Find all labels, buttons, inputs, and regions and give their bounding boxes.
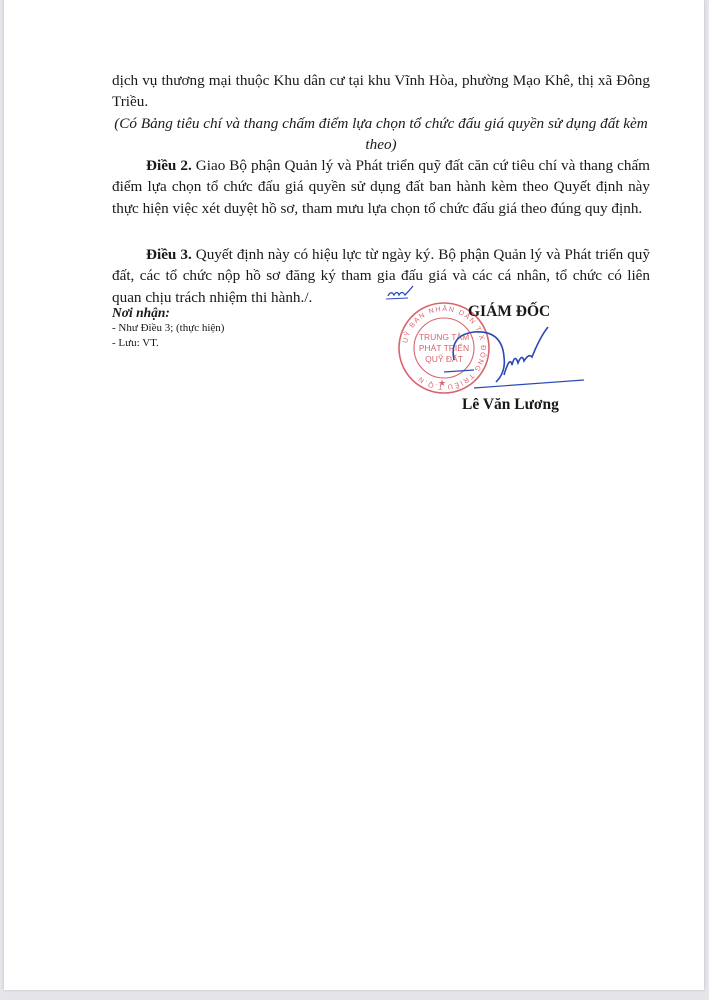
article-3: Điều 3. Quyết định này có hiệu lực từ ng…: [112, 244, 650, 308]
attachment-caption: (Có Bảng tiêu chí và thang chấm điểm lựa…: [112, 113, 650, 156]
recipients-block: Nơi nhận: - Như Điều 3; (thực hiện) - Lư…: [112, 304, 224, 351]
recipient-item: - Như Điều 3; (thực hiện): [112, 321, 224, 336]
handwritten-signature-icon: [444, 320, 594, 400]
article-2-text: Giao Bộ phận Quản lý và Phát triển quỹ đ…: [112, 157, 650, 217]
article-2-label: Điều 2.: [146, 157, 192, 174]
recipients-title: Nơi nhận:: [112, 304, 224, 321]
document-page: dịch vụ thương mại thuộc Khu dân cư tại …: [4, 0, 704, 990]
signer-position: GIÁM ĐỐC: [468, 303, 550, 321]
article-2: Điều 2. Giao Bộ phận Quản lý và Phát tri…: [112, 155, 650, 219]
initials-signature-icon: [384, 280, 424, 302]
article-3-text: Quyết định này có hiệu lực từ ngày ký. B…: [112, 246, 650, 306]
paragraph-intro: dịch vụ thương mại thuộc Khu dân cư tại …: [112, 70, 650, 113]
recipient-item: - Lưu: VT.: [112, 336, 224, 351]
article-3-label: Điều 3.: [146, 246, 192, 263]
signer-name: Lê Văn Lương: [462, 396, 559, 414]
